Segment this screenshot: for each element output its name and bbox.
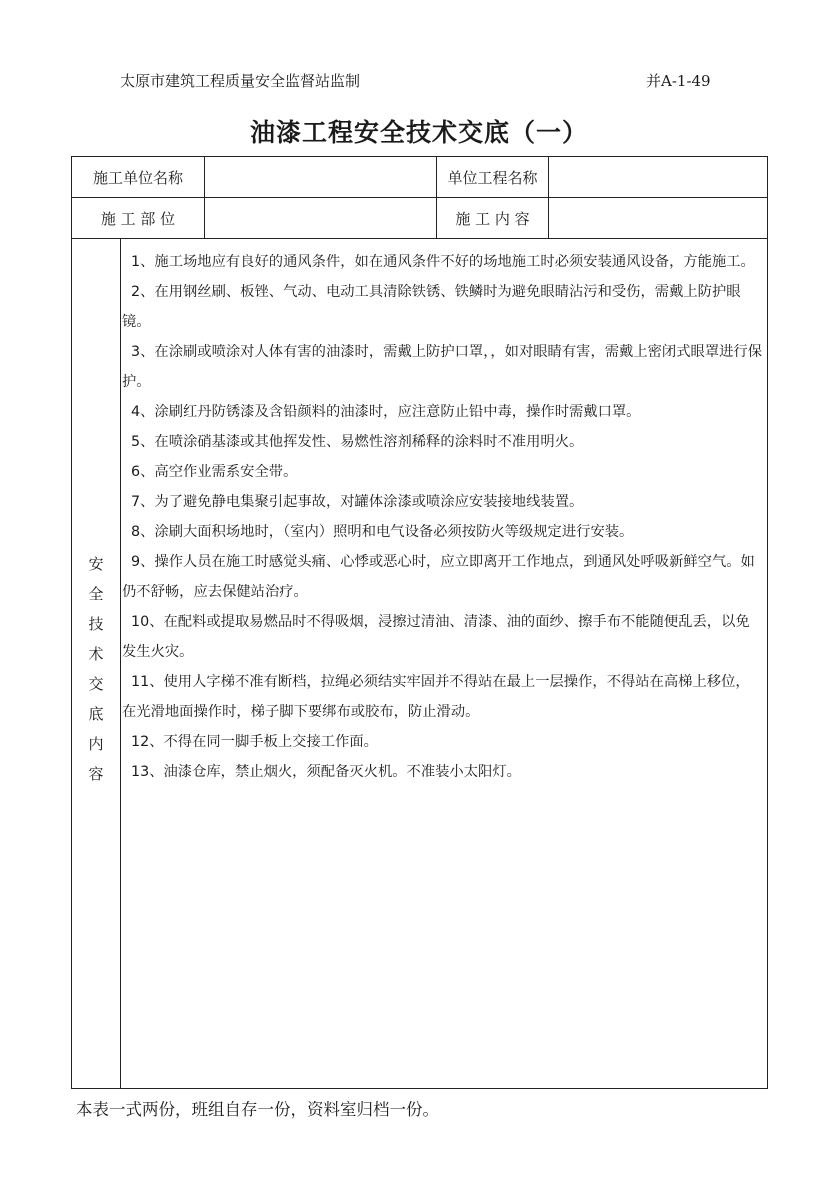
construction-content-label: 施 工 内 容 <box>437 198 548 238</box>
safety-item: 13、油漆仓库，禁止烟火，须配备灭火机。不准装小太阳灯。 <box>122 757 762 787</box>
safety-item: 1、施工场地应有良好的通风条件，如在通风条件不好的场地施工时必须安装通风设备，方… <box>122 247 762 277</box>
safety-item: 10、在配料或提取易燃品时不得吸烟，浸擦过清油、清漆、油的面纱、擦手布不能随便乱… <box>122 607 762 667</box>
construction-part-field[interactable] <box>205 198 436 238</box>
safety-item: 5、在喷涂硝基漆或其他挥发性、易燃性溶剂稀释的涂料时不准用明火。 <box>122 427 762 457</box>
issuer-text: 太原市建筑工程质量安全监督站监制 <box>120 70 360 91</box>
footer-note: 本表一式两份，班组自存一份，资料室归档一份。 <box>76 1096 439 1120</box>
safety-item: 7、为了避免静电集聚引起事故，对罐体涂漆或喷涂应安装接地线装置。 <box>122 487 762 517</box>
safety-item: 3、在涂刷或喷涂对人体有害的油漆时，需戴上防护口罩，，如对眼睛有害，需戴上密闭式… <box>122 337 762 397</box>
project-name-label: 单位工程名称 <box>437 157 548 197</box>
safety-item: 6、高空作业需系安全带。 <box>122 457 762 487</box>
page-title: 油漆工程安全技术交底（一） <box>0 113 838 149</box>
safety-item: 4、涂刷红丹防锈漆及含铅颜料的油漆时，应注意防止铅中毒，操作时需戴口罩。 <box>122 397 762 427</box>
safety-item: 9、操作人员在施工时感觉头痛、心悸或恶心时，应立即离开工作地点，到通风处呼吸新鲜… <box>122 547 762 607</box>
section-label: 安 全 技 术 交 底 内 容 <box>72 549 120 789</box>
safety-briefing-table: 施工单位名称 单位工程名称 施 工 部 位 施 工 内 容 安 全 技 术 交 … <box>71 156 768 1089</box>
safety-items-list: 1、施工场地应有良好的通风条件，如在通风条件不好的场地施工时必须安装通风设备，方… <box>122 247 762 787</box>
project-name-field[interactable] <box>549 157 767 197</box>
construction-part-label: 施 工 部 位 <box>72 198 204 238</box>
section-label-char: 底 <box>88 699 103 729</box>
briefing-content-area: 安 全 技 术 交 底 内 容 1、施工场地应有良好的通风条件，如在通风条件不好… <box>72 239 767 1088</box>
construction-unit-label: 施工单位名称 <box>72 157 204 197</box>
section-label-char: 交 <box>88 669 103 699</box>
safety-item: 2、在用钢丝刷、板锉、气动、电动工具清除铁锈、铁鳞时为避免眼睛沾污和受伤，需戴上… <box>122 277 762 337</box>
safety-item: 11、使用人字梯不准有断档，拉绳必须结实牢固并不得站在最上一层操作，不得站在高梯… <box>122 667 762 727</box>
section-label-char: 技 <box>88 609 103 639</box>
section-label-char: 全 <box>88 579 103 609</box>
safety-item: 8、涂刷大面积场地时，（室内）照明和电气设备必须按防火等级规定进行安装。 <box>122 517 762 547</box>
section-label-char: 内 <box>88 729 103 759</box>
construction-unit-field[interactable] <box>205 157 436 197</box>
form-code: 并A-1-49 <box>646 70 711 91</box>
section-label-char: 容 <box>88 759 103 789</box>
safety-item: 12、不得在同一脚手板上交接工作面。 <box>122 727 762 757</box>
section-label-char: 术 <box>88 639 103 669</box>
construction-content-field[interactable] <box>549 198 767 238</box>
section-label-char: 安 <box>88 549 103 579</box>
